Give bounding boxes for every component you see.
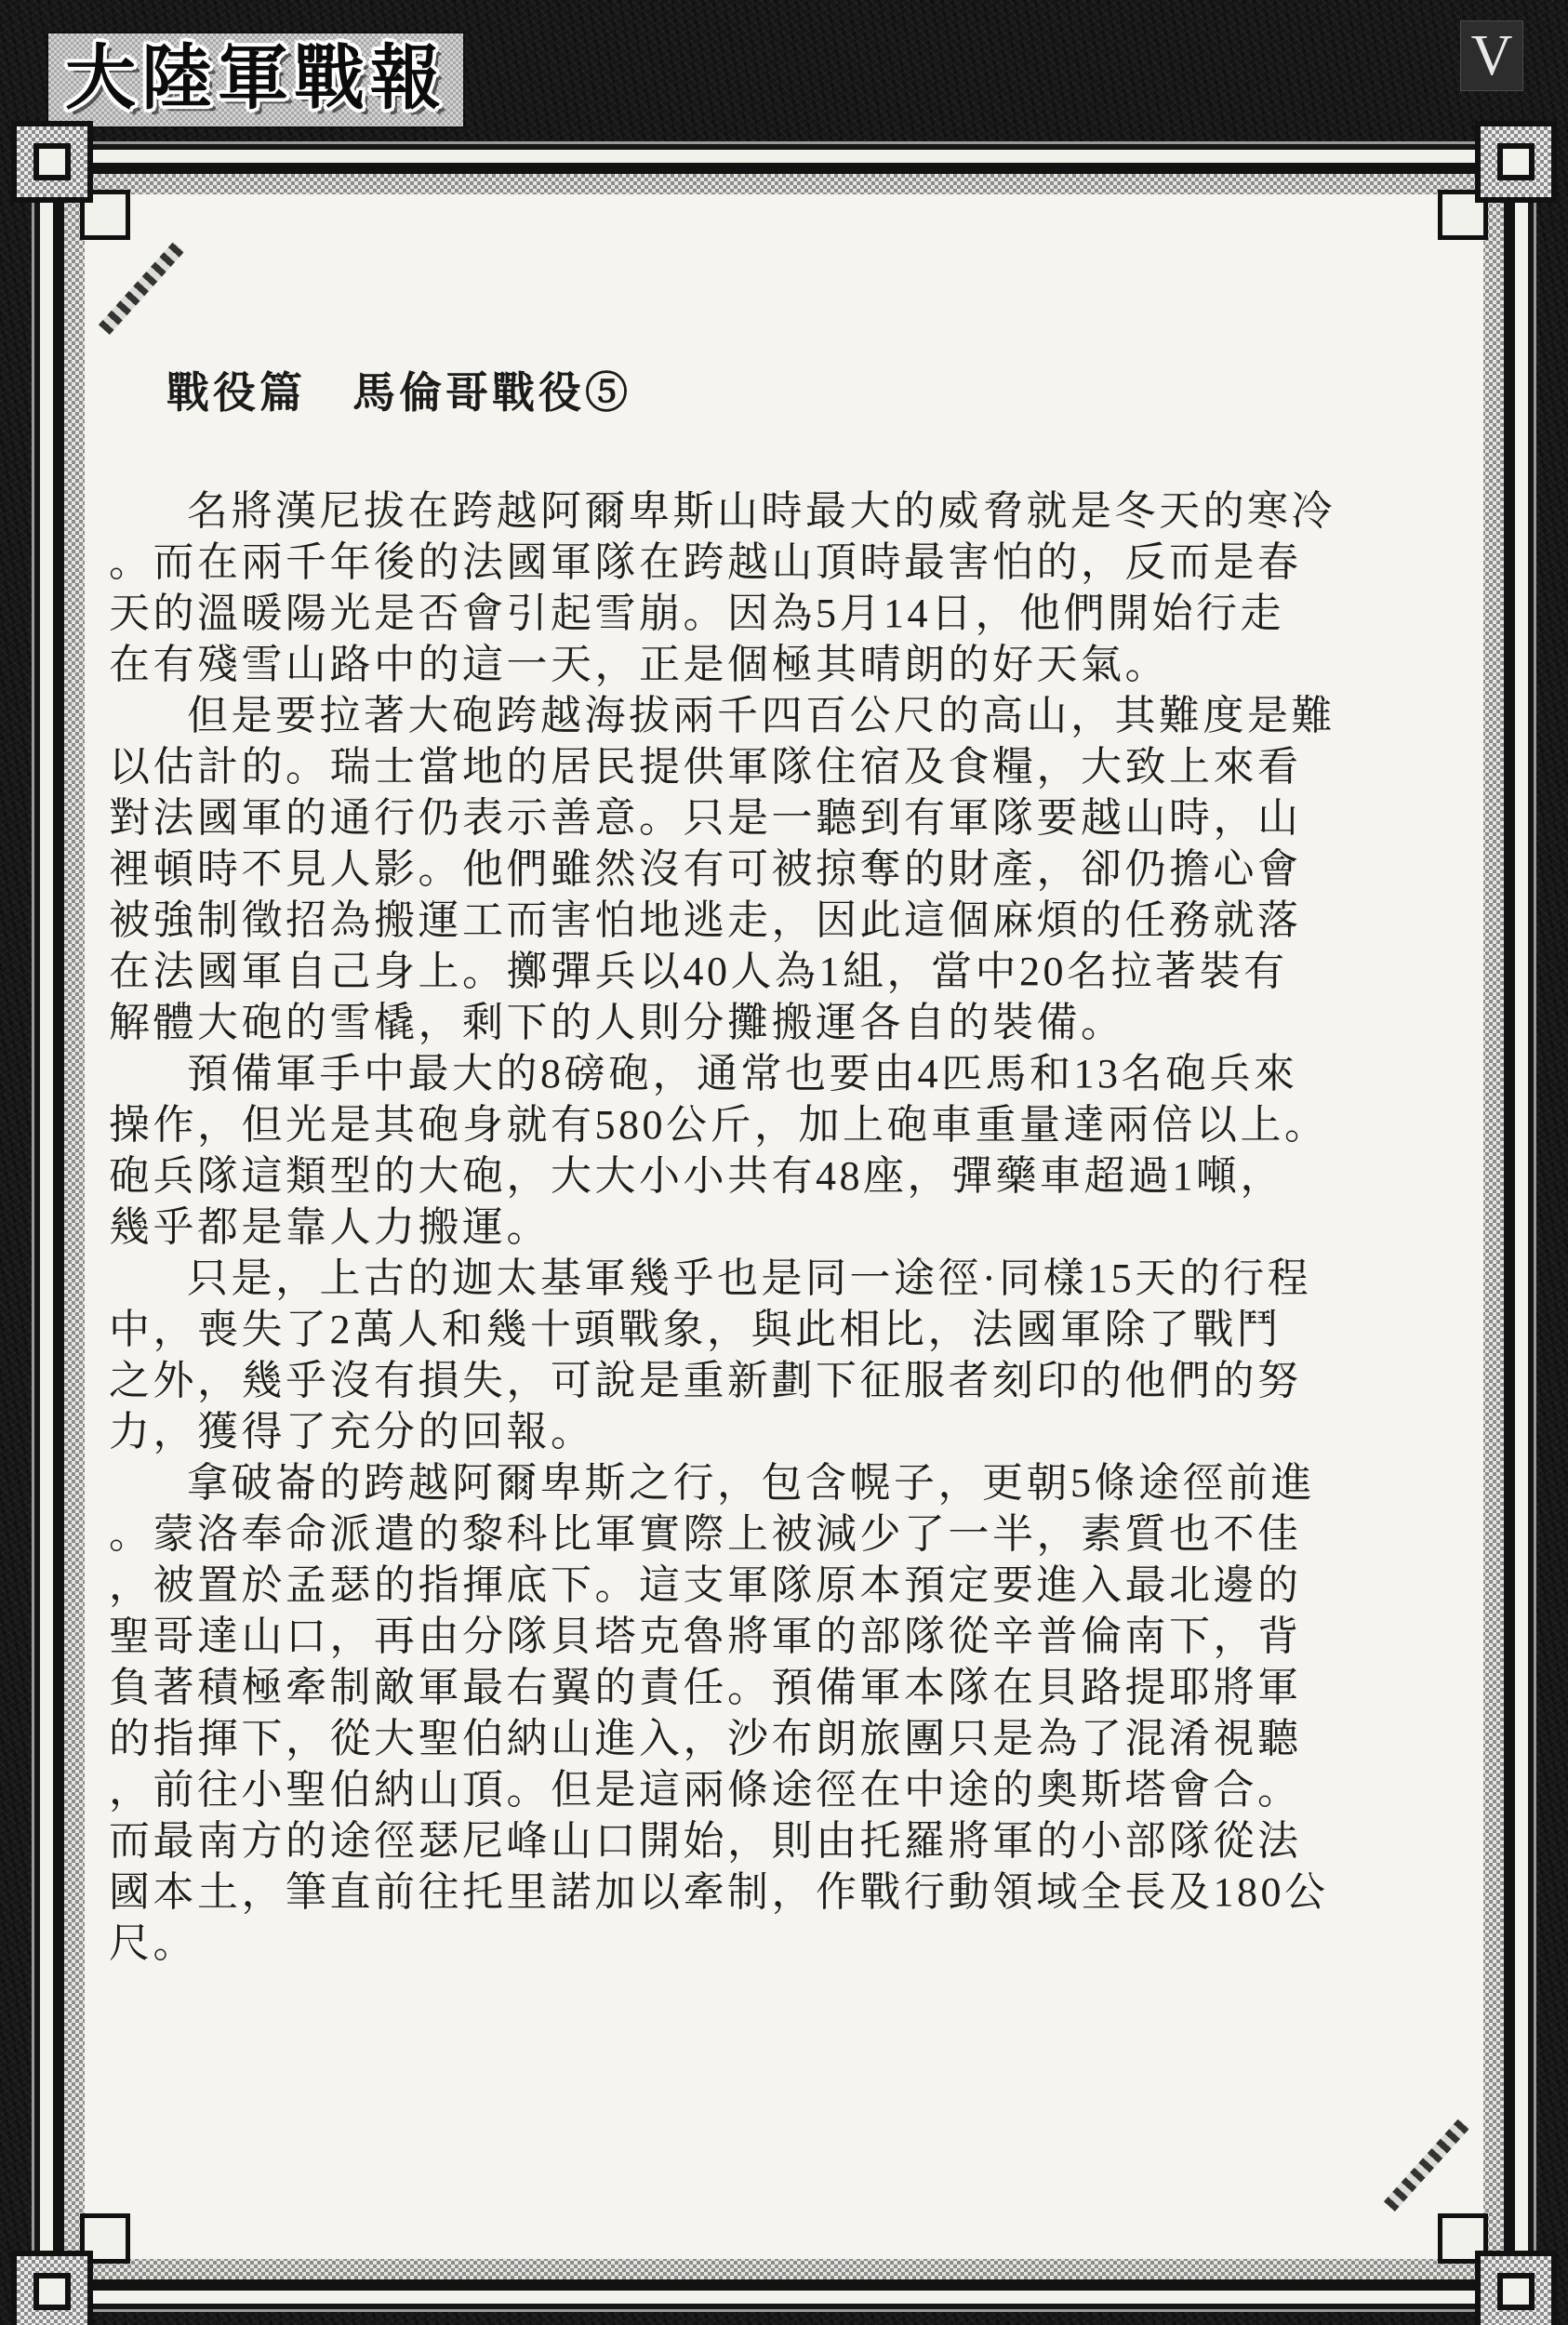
corner-knot-bottom-right-icon — [1475, 2251, 1557, 2325]
body-line: 國本土，筆直前往托里諾加以牽制，作戰行動領域全長及180公 — [109, 1867, 1353, 1918]
body-line: 被強制徵招為搬運工而害怕地逃走，因此這個麻煩的任務就落 — [109, 895, 1353, 946]
body-line: 但是要拉著大砲跨越海拔兩千四百公尺的高山，其難度是難 — [109, 690, 1353, 741]
body-line: 中，喪失了2萬人和幾十頭戰象，與此相比，法國軍除了戰鬥 — [109, 1304, 1353, 1355]
body-line: 只是，上古的迦太基軍幾乎也是同一途徑·同樣15天的行程 — [109, 1253, 1353, 1304]
page-body: 戰役篇 馬倫哥戰役⑤ 名將漢尼拔在跨越阿爾卑斯山時最大的威脅就是冬天的寒冷 。而… — [85, 194, 1483, 2259]
frame-black-band: 戰役篇 馬倫哥戰役⑤ 名將漢尼拔在跨越阿爾卑斯山時最大的威脅就是冬天的寒冷 。而… — [53, 163, 1515, 2291]
section-heading: 戰役篇 馬倫哥戰役⑤ — [166, 367, 1353, 418]
body-line: 拿破崙的跨越阿爾卑斯之行，包含幌子，更朝5條途徑前進 — [109, 1457, 1353, 1508]
body-line: ，被置於孟瑟的指揮底下。這支軍隊原本預定要進入最北邊的 — [109, 1560, 1353, 1611]
body-line: 操作，但光是其砲身就有580公斤，加上砲車重量達兩倍以上。 — [109, 1099, 1353, 1150]
body-line: 。蒙洛奉命派遣的黎科比軍實際上被減少了一半，素質也不佳 — [109, 1508, 1353, 1560]
corner-knot-top-right-icon — [1475, 121, 1557, 203]
body-line: 聖哥達山口，再由分隊貝塔克魯將軍的部隊從辛普倫南下，背 — [109, 1611, 1353, 1662]
masthead-title: 大陸軍戰報 — [65, 36, 446, 119]
body-line: 裡頓時不見人影。他們雖然沒有可被掠奪的財產，卻仍擔心會 — [109, 844, 1353, 895]
masthead-banner: 大陸軍戰報 — [48, 33, 463, 126]
frame-white-band: 戰役篇 馬倫哥戰役⑤ 名將漢尼拔在跨越阿爾卑斯山時最大的威脅就是冬天的寒冷 。而… — [40, 150, 1528, 2304]
body-line: 天的溫暖陽光是否會引起雪崩。因為5月14日，他們開始行走 — [109, 588, 1353, 639]
body-line: 名將漢尼拔在跨越阿爾卑斯山時最大的威脅就是冬天的寒冷 — [109, 485, 1353, 537]
ornate-frame: 戰役篇 馬倫哥戰役⑤ 名將漢尼拔在跨越阿爾卑斯山時最大的威脅就是冬天的寒冷 。而… — [32, 141, 1536, 2312]
body-line: 負著積極牽制敵軍最右翼的責任。預備軍本隊在貝路提耶將軍 — [109, 1662, 1353, 1713]
body-line: 解體大砲的雪橇，剩下的人則分攤搬運各自的裝備。 — [109, 997, 1353, 1048]
body-line: 的指揮下，從大聖伯納山進入，沙布朗旅團只是為了混淆視聽 — [109, 1713, 1353, 1764]
body-line: 在法國軍自己身上。擲彈兵以40人為1組，當中20名拉著裝有 — [109, 946, 1353, 997]
corner-knot-bottom-left-icon — [11, 2251, 93, 2325]
body-line: ，前往小聖伯納山頂。但是這兩條途徑在中途的奧斯塔會合。 — [109, 1764, 1353, 1815]
body-line: 砲兵隊這類型的大砲，大大小小共有48座，彈藥車超過1噸， — [109, 1150, 1353, 1202]
body-line: 在有殘雪山路中的這一天，正是個極其晴朗的好天氣。 — [109, 639, 1353, 690]
corner-knot-top-left-icon — [11, 121, 93, 203]
body-line: 力，獲得了充分的回報。 — [109, 1406, 1353, 1457]
paragraph-1: 名將漢尼拔在跨越阿爾卑斯山時最大的威脅就是冬天的寒冷 。而在兩千年後的法國軍隊在… — [109, 485, 1353, 690]
paragraph-3: 預備軍手中最大的8磅砲，通常也要由4匹馬和13名砲兵來 操作，但光是其砲身就有5… — [109, 1048, 1353, 1253]
body-line: 對法國軍的通行仍表示善意。只是一聽到有軍隊要越山時，山 — [109, 792, 1353, 844]
paragraph-5: 拿破崙的跨越阿爾卑斯之行，包含幌子，更朝5條途徑前進 。蒙洛奉命派遣的黎科比軍實… — [109, 1457, 1353, 1969]
body-line: 幾乎都是靠人力搬運。 — [109, 1202, 1353, 1253]
body-line: 之外，幾乎沒有損失，可說是重新劃下征服者刻印的他們的努 — [109, 1355, 1353, 1406]
paragraph-2: 但是要拉著大砲跨越海拔兩千四百公尺的高山，其難度是難 以估計的。瑞士當地的居民提… — [109, 690, 1353, 1048]
paragraph-4: 只是，上古的迦太基軍幾乎也是同一途徑·同樣15天的行程 中，喪失了2萬人和幾十頭… — [109, 1253, 1353, 1457]
scanned-page: 大陸軍戰報 V 戰役篇 馬倫哥戰役⑤ 名將漢尼拔在跨越阿爾卑斯山時最大的威脅就 — [0, 0, 1568, 2325]
frame-checker-band: 戰役篇 馬倫哥戰役⑤ 名將漢尼拔在跨越阿爾卑斯山時最大的威脅就是冬天的寒冷 。而… — [64, 174, 1504, 2279]
volume-marker: V — [1471, 27, 1513, 85]
body-line: 尺。 — [109, 1918, 1353, 1969]
body-line: 。而在兩千年後的法國軍隊在跨越山頂時最害怕的，反而是春 — [109, 537, 1353, 588]
frame-outer-line: 戰役篇 馬倫哥戰役⑤ 名將漢尼拔在跨越阿爾卑斯山時最大的威脅就是冬天的寒冷 。而… — [32, 141, 1536, 2312]
volume-marker-box: V — [1460, 20, 1523, 91]
body-line: 以估計的。瑞士當地的居民提供軍隊住宿及食糧，大致上來看 — [109, 741, 1353, 792]
body-line: 預備軍手中最大的8磅砲，通常也要由4匹馬和13名砲兵來 — [109, 1048, 1353, 1099]
body-line: 而最南方的途徑瑟尼峰山口開始，則由托羅將軍的小部隊從法 — [109, 1815, 1353, 1867]
